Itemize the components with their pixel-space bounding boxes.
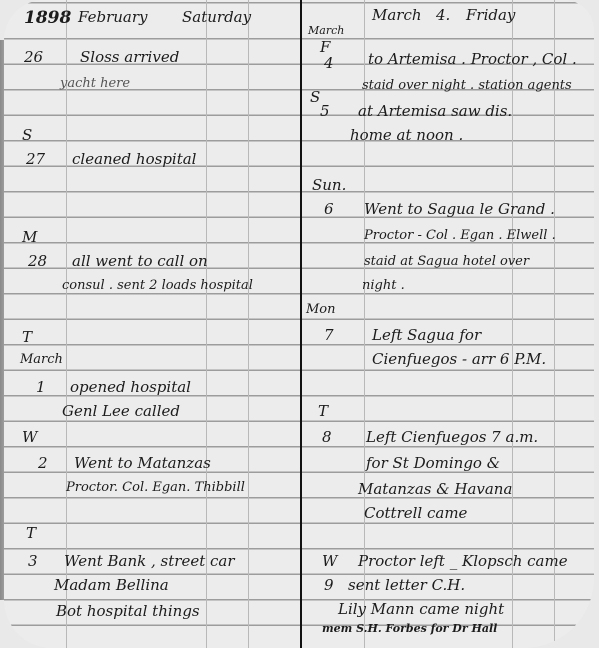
entry-line: cleaned hospital [72,150,196,168]
day-letter: S [310,88,320,106]
entry-line: Cienfuegos - arr 6 P.M. [372,350,546,368]
entry-line: Lily Mann came night [338,600,504,618]
header-month: March [372,6,422,24]
header-day: 4. [436,6,450,24]
header-month: February [78,8,148,26]
entry-line: opened hospital [70,378,191,396]
column-rule [206,0,207,648]
day-letter: T [26,524,36,542]
margin-rule [66,0,67,648]
entry-line: all went to call on [72,252,208,270]
day-letter: W [322,552,337,570]
day-letter: Sun. [312,176,346,194]
entry-date: 2 [38,454,48,472]
entry-date: 27 [26,150,45,168]
entry-line: Matanzas & Havana [358,480,512,498]
entry-line: Proctor - Col . Egan . Elwell . [364,228,556,243]
day-letter: Mon [306,302,336,317]
entry-line: Went to Matanzas [74,454,211,472]
entry-line: for St Domingo & [366,454,500,472]
left-page: 1898 February Saturday 26 Sloss arrived … [4,0,302,648]
diary-spread: 1898 February Saturday 26 Sloss arrived … [0,0,599,648]
day-letter: T [22,328,32,346]
entry-date: 9 [324,576,334,594]
entry-line: sent letter C.H. [348,576,465,594]
entry-line: Genl Lee called [62,402,180,420]
entry-line: Went Bank , street car [64,552,235,570]
column-rule [554,0,555,648]
entry-date: 6 [324,200,334,218]
right-page: March 4. Friday March F 4 to Artemisa . … [302,0,594,648]
entry-line: Madam Bellina [54,576,169,594]
entry-line: consul . sent 2 loads hospital [62,278,253,293]
entry-line: Bot hospital things [56,602,200,620]
entry-line: Left Cienfuegos 7 a.m. [366,428,538,446]
entry-line: Proctor left _ Klopsch came [358,552,568,570]
day-letter: T [318,402,328,420]
entry-date: 28 [28,252,47,270]
entry-line: home at noon . [350,126,463,144]
entry-line: staid over night . station agents [362,78,572,93]
ruled-lines [4,0,302,648]
entry-date: 4 [324,54,334,72]
entry-line: night . [362,278,405,293]
entry-date: 3 [28,552,38,570]
day-letter: M [22,228,37,246]
day-letter: S [22,126,32,144]
header-weekday: Saturday [182,8,251,26]
entry-line: at Artemisa saw dis. [358,102,512,120]
entry-line: yacht here [60,76,130,91]
month-label: March [308,24,344,37]
entry-line: Went to Sagua le Grand . [364,200,555,218]
entry-line: staid at Sagua hotel over [364,254,529,269]
margin-rule [364,0,365,648]
entry-date: 1 [36,378,46,396]
entry-date: 26 [24,48,43,66]
entry-line: Left Sagua for [372,326,481,344]
column-rule [512,0,513,648]
entry-line: Proctor. Col. Egan. Thibbill [66,480,245,495]
entry-line: Sloss arrived [80,48,179,66]
column-rule [248,0,249,648]
month-label: March [20,352,63,367]
ruled-lines [302,0,594,648]
entry-note: mem S.H. Forbes for Dr Hall [322,622,497,635]
entry-date: 8 [322,428,332,446]
day-letter: W [22,428,37,446]
entry-line: to Artemisa . Proctor , Col . [368,50,577,68]
entry-date: 5 [320,102,330,120]
header-year: 1898 [24,8,71,28]
header-weekday: Friday [466,6,515,24]
entry-date: 7 [324,326,334,344]
entry-line: Cottrell came [364,504,467,522]
